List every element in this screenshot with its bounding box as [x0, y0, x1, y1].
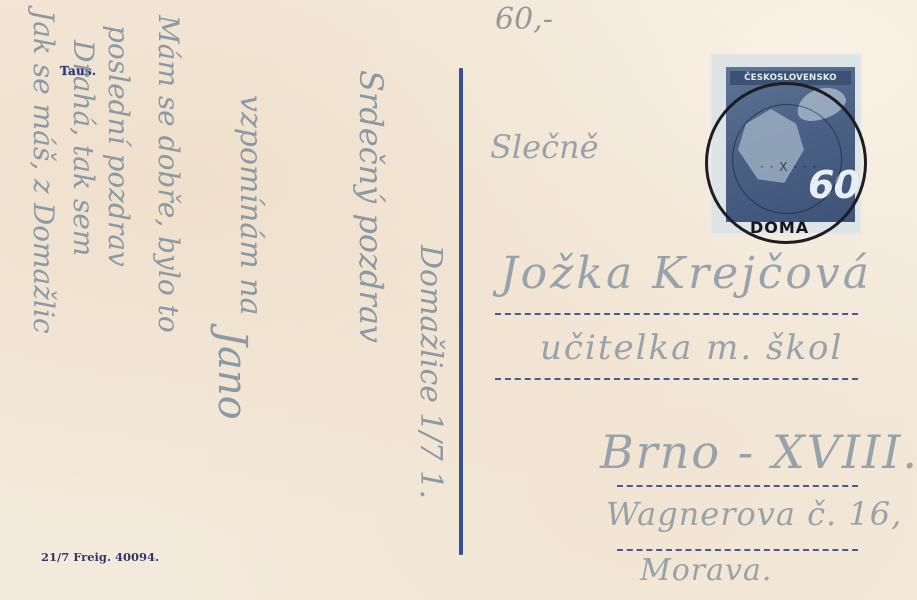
publisher-line: 21/7 Freig. 40094. — [41, 550, 159, 564]
address-salutation: Slečně — [490, 128, 599, 166]
postmark-date: · · X · · · — [760, 160, 817, 174]
address-region: Morava. — [640, 553, 772, 588]
address-city: Brno - XVIII. — [600, 425, 917, 479]
message-column: Mám se dobře, bylo to — [152, 15, 185, 333]
message-column: Srdečný pozdrav — [352, 70, 390, 343]
message-place-date: Domažlice 1/7 1. — [413, 245, 448, 499]
address-line — [495, 378, 858, 380]
price-note: 60,- — [495, 2, 553, 37]
center-divider — [459, 68, 463, 555]
address-title: učitelka m. škol — [540, 328, 843, 368]
address-line — [495, 313, 858, 315]
message-column: poslední pozdrav — [102, 25, 135, 267]
message-column: Drahá, tak sem — [67, 40, 100, 256]
address-line — [617, 485, 858, 487]
postmark-town: DOMA — [750, 218, 809, 237]
address-line — [617, 549, 858, 551]
message-column: Jak se máš, z Domažlic — [27, 10, 60, 334]
postmark-inner-circle — [732, 104, 842, 214]
address-recipient: Jožka Krejčová — [500, 248, 872, 299]
message-signature: Jano — [209, 330, 255, 420]
message-column: vzpomínám na — [233, 95, 268, 315]
address-street: Wagnerova č. 16, — [606, 495, 902, 533]
